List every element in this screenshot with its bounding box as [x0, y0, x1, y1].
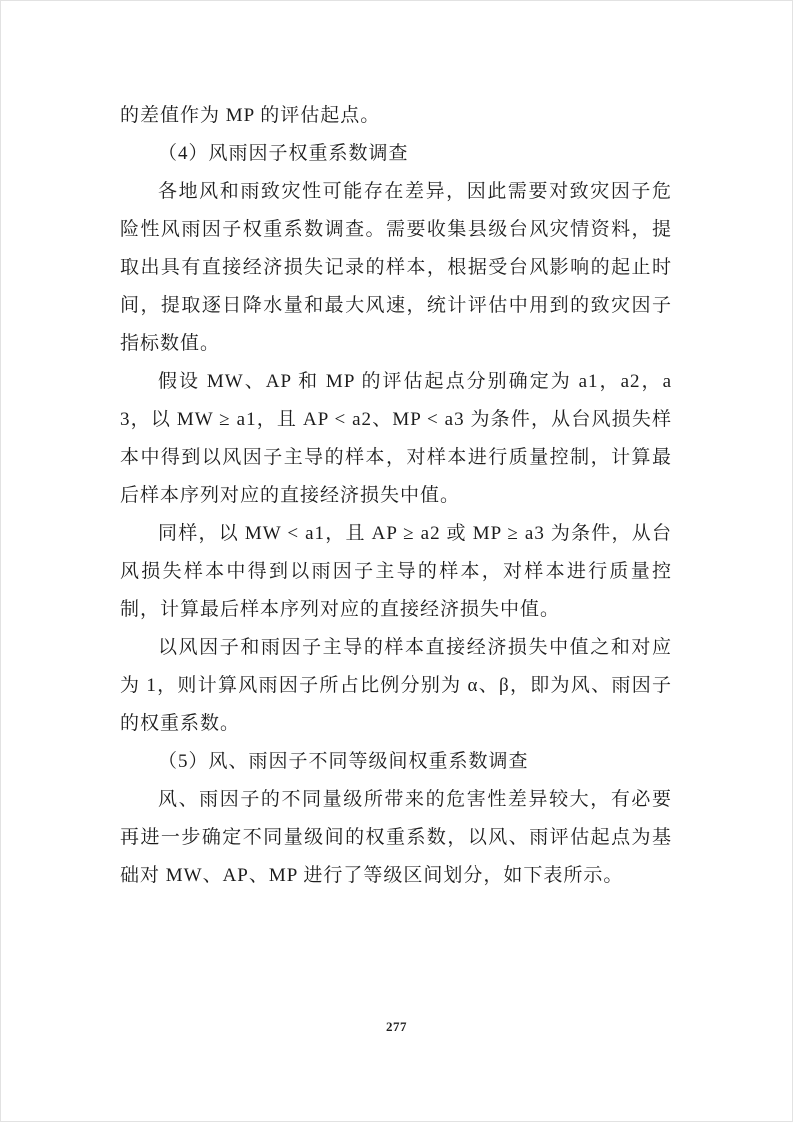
page-number: 277	[1, 1019, 792, 1035]
paragraph-continuation: 的差值作为 MP 的评估起点。	[120, 97, 672, 135]
page-content: 的差值作为 MP 的评估起点。 （4）风雨因子权重系数调查 各地风和雨致灾性可能…	[120, 97, 672, 895]
section-heading-5: （5）风、雨因子不同等级间权重系数调查	[120, 743, 672, 781]
paragraph: 各地风和雨致灾性可能存在差异，因此需要对致灾因子危险性风雨因子权重系数调查。需要…	[120, 173, 672, 363]
paragraph: 风、雨因子的不同量级所带来的危害性差异较大，有必要再进一步确定不同量级间的权重系…	[120, 781, 672, 895]
section-heading-4: （4）风雨因子权重系数调查	[120, 135, 672, 173]
paragraph: 假设 MW、AP 和 MP 的评估起点分别确定为 a1，a2，a3，以 MW ≥…	[120, 363, 672, 515]
paragraph: 以风因子和雨因子主导的样本直接经济损失中值之和对应为 1，则计算风雨因子所占比例…	[120, 629, 672, 743]
paragraph: 同样，以 MW < a1，且 AP ≥ a2 或 MP ≥ a3 为条件，从台风…	[120, 515, 672, 629]
